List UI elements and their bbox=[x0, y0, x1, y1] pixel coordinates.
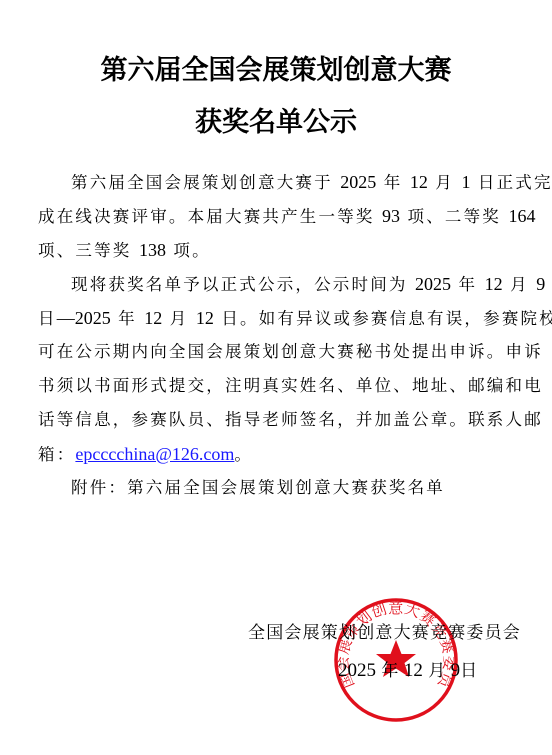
day: 12 bbox=[196, 308, 214, 328]
text: 成在线决赛评审。本届大赛共产生一等奖 bbox=[38, 207, 382, 226]
document-subtitle: 获奖名单公示 bbox=[0, 100, 552, 139]
text: 月 bbox=[503, 275, 537, 294]
official-seal-stamp: 全国会展策划创意大赛竞赛委员会 bbox=[332, 596, 460, 724]
text: 年 bbox=[111, 309, 145, 328]
day: 9 bbox=[536, 274, 545, 294]
paragraph-1-line-2: 成在线决赛评审。本届大赛共产生一等奖 93 项、二等奖 164 bbox=[38, 202, 508, 236]
text: 。 bbox=[234, 445, 253, 464]
text: 项、二等奖 bbox=[400, 207, 508, 226]
paragraph-2-line-4: 书须以书面形式提交，注明真实姓名、单位、地址、邮编和电 bbox=[38, 372, 508, 406]
text: 年 bbox=[376, 173, 410, 192]
document-title: 第六届全国会展策划创意大赛 bbox=[0, 48, 552, 87]
paragraph-2-line-2: 日—2025 年 12 月 12 日。如有异议或参赛信息有误，参赛院校 bbox=[38, 304, 508, 338]
text: 箱： bbox=[38, 445, 75, 464]
paragraph-1-line-3: 项、三等奖 138 项。 bbox=[38, 236, 508, 270]
second-prize-count: 164 bbox=[508, 206, 535, 226]
paragraph-2-line-5: 话等信息，参赛队员、指导老师签名，并加盖公章。联系人邮 bbox=[38, 406, 508, 440]
text: 年 bbox=[451, 275, 485, 294]
text: 项、三等奖 bbox=[38, 241, 139, 260]
text: 第六届全国会展策划创意大赛于 bbox=[71, 173, 340, 192]
month: 12 bbox=[485, 274, 503, 294]
text: 日 bbox=[460, 661, 477, 681]
paragraph-2-line-3: 可在公示期内向全国会展策划创意大赛秘书处提出申诉。申诉 bbox=[38, 338, 508, 372]
year: 2025 bbox=[415, 274, 451, 294]
contact-email-link[interactable]: epcccchina@126.com bbox=[75, 444, 234, 464]
first-prize-count: 93 bbox=[382, 206, 400, 226]
text: 现将获奖名单予以正式公示，公示时间为 bbox=[71, 275, 415, 294]
text: 日。如有异议或参赛信息有误，参赛院校 bbox=[214, 309, 552, 328]
document-body: 第六届全国会展策划创意大赛于 2025 年 12 月 1 日正式完 成在线决赛评… bbox=[38, 168, 508, 508]
text: 月 bbox=[162, 309, 196, 328]
paragraph-2-line-1: 现将获奖名单予以正式公示，公示时间为 2025 年 12 月 9 bbox=[38, 270, 508, 304]
year: 2025 bbox=[340, 172, 376, 192]
text: 项。 bbox=[166, 241, 211, 260]
paragraph-2-line-6: 箱：epcccchina@126.com。 bbox=[38, 440, 508, 474]
star-icon bbox=[376, 640, 416, 677]
third-prize-count: 138 bbox=[139, 240, 166, 260]
month: 12 bbox=[410, 172, 428, 192]
month: 12 bbox=[144, 308, 162, 328]
text: 月 bbox=[428, 173, 462, 192]
paragraph-1-line-1: 第六届全国会展策划创意大赛于 2025 年 12 月 1 日正式完 bbox=[38, 168, 508, 202]
text: 日 bbox=[38, 309, 57, 328]
attachment-line: 附件：第六届全国会展策划创意大赛获奖名单 bbox=[38, 474, 508, 508]
text: 日正式完 bbox=[470, 173, 552, 192]
year: —2025 bbox=[57, 308, 111, 328]
